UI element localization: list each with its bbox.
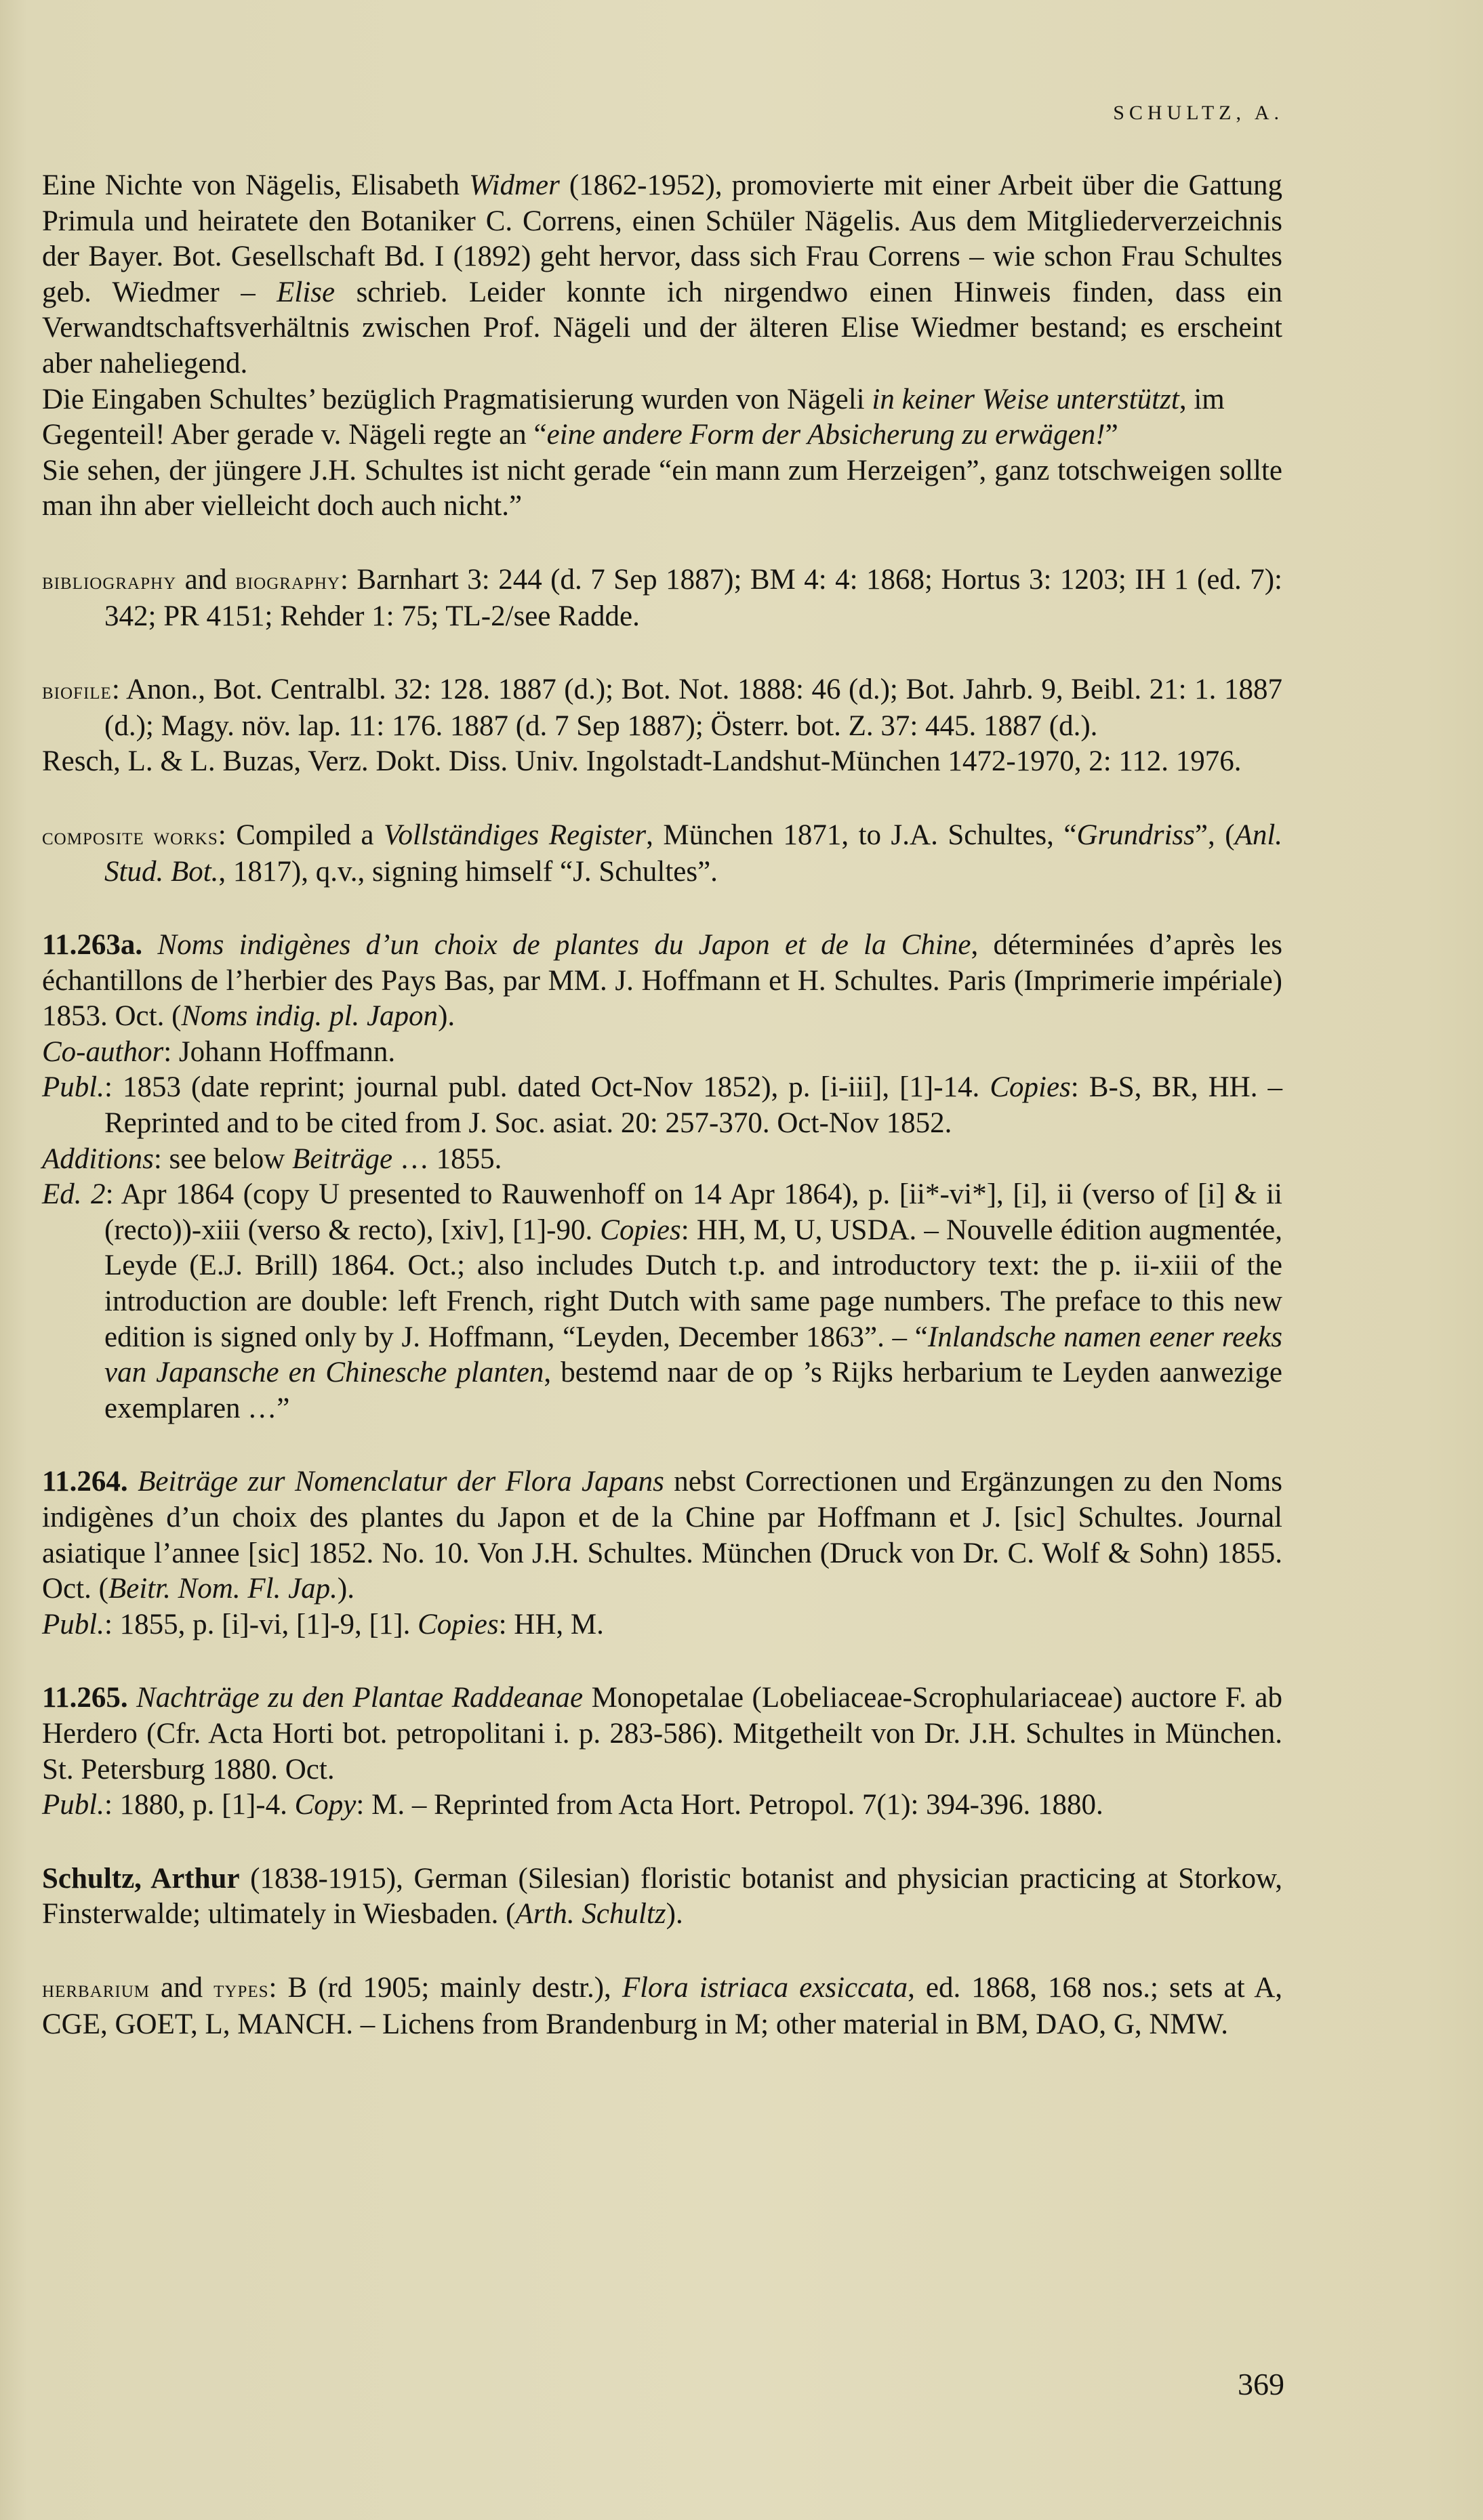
quote-paragraph-3: Sie sehen, der jüngere J.H. Schultes ist…	[42, 453, 1282, 524]
biofile-resch: Resch, L. & L. Buzas, Verz. Dokt. Diss. …	[42, 744, 1282, 780]
page-number: 369	[1238, 2366, 1284, 2402]
types-label: types	[214, 1975, 268, 2002]
entry-11-264: 11.264. Beiträge zur Nomenclatur der Flo…	[42, 1464, 1282, 1643]
entry-coauthor: Co-author: Johann Hoffmann.	[42, 1035, 1282, 1071]
entry-title: 11.263a. Noms indigènes d’un choix de pl…	[42, 928, 1282, 1035]
entry-publ: Publ.: 1880, p. [1]-4. Copy: M. – Reprin…	[42, 1788, 1282, 1823]
entry-number: 11.264.	[42, 1466, 128, 1497]
composite-works-section: composite works: Compiled a Vollständige…	[42, 818, 1282, 890]
herbarium-label: herbarium	[42, 1975, 150, 2002]
bibliography-label: bibliography	[42, 567, 176, 594]
running-head: SCHULTZ, A.	[1113, 102, 1284, 125]
entry-additions: Additions: see below Beiträge … 1855.	[42, 1142, 1282, 1178]
entry-11-263a: 11.263a. Noms indigènes d’un choix de pl…	[42, 928, 1282, 1426]
herbarium-section: herbarium and types: B (rd 1905; mainly …	[42, 1970, 1282, 2042]
entry-11-265: 11.265. Nachträge zu den Plantae Raddean…	[42, 1680, 1282, 1823]
entry-publ: Publ.: 1855, p. [i]-vi, [1]-9, [1]. Copi…	[42, 1607, 1282, 1643]
page-body: Eine Nichte von Nägelis, Elisabeth Widme…	[42, 168, 1282, 2042]
entry-number: 11.263a.	[42, 929, 142, 961]
composite-works-label: composite works	[42, 823, 218, 850]
quote-paragraph-2: Die Eingaben Schultes’ bezüglich Pragmat…	[42, 382, 1282, 453]
entry-title: 11.264. Beiträge zur Nomenclatur der Flo…	[42, 1464, 1282, 1607]
author-name: Schultz, Arthur	[42, 1863, 240, 1895]
bibliography-section: bibliography and biography: Barnhart 3: …	[42, 562, 1282, 634]
entry-number: 11.265.	[42, 1682, 128, 1714]
biofile-label: biofile	[42, 677, 112, 704]
quote-paragraph-1: Eine Nichte von Nägelis, Elisabeth Widme…	[42, 168, 1282, 382]
biography-label: biography	[235, 567, 340, 594]
entry-edition-2: Ed. 2: Apr 1864 (copy U presented to Rau…	[42, 1177, 1282, 1426]
biofile-section: biofile: Anon., Bot. Centralbl. 32: 128.…	[42, 672, 1282, 744]
author-entry-schultz-arthur: Schultz, Arthur (1838-1915), German (Sil…	[42, 1861, 1282, 1933]
entry-publ: Publ.: 1853 (date reprint; journal publ.…	[42, 1070, 1282, 1141]
entry-title: 11.265. Nachträge zu den Plantae Raddean…	[42, 1680, 1282, 1788]
